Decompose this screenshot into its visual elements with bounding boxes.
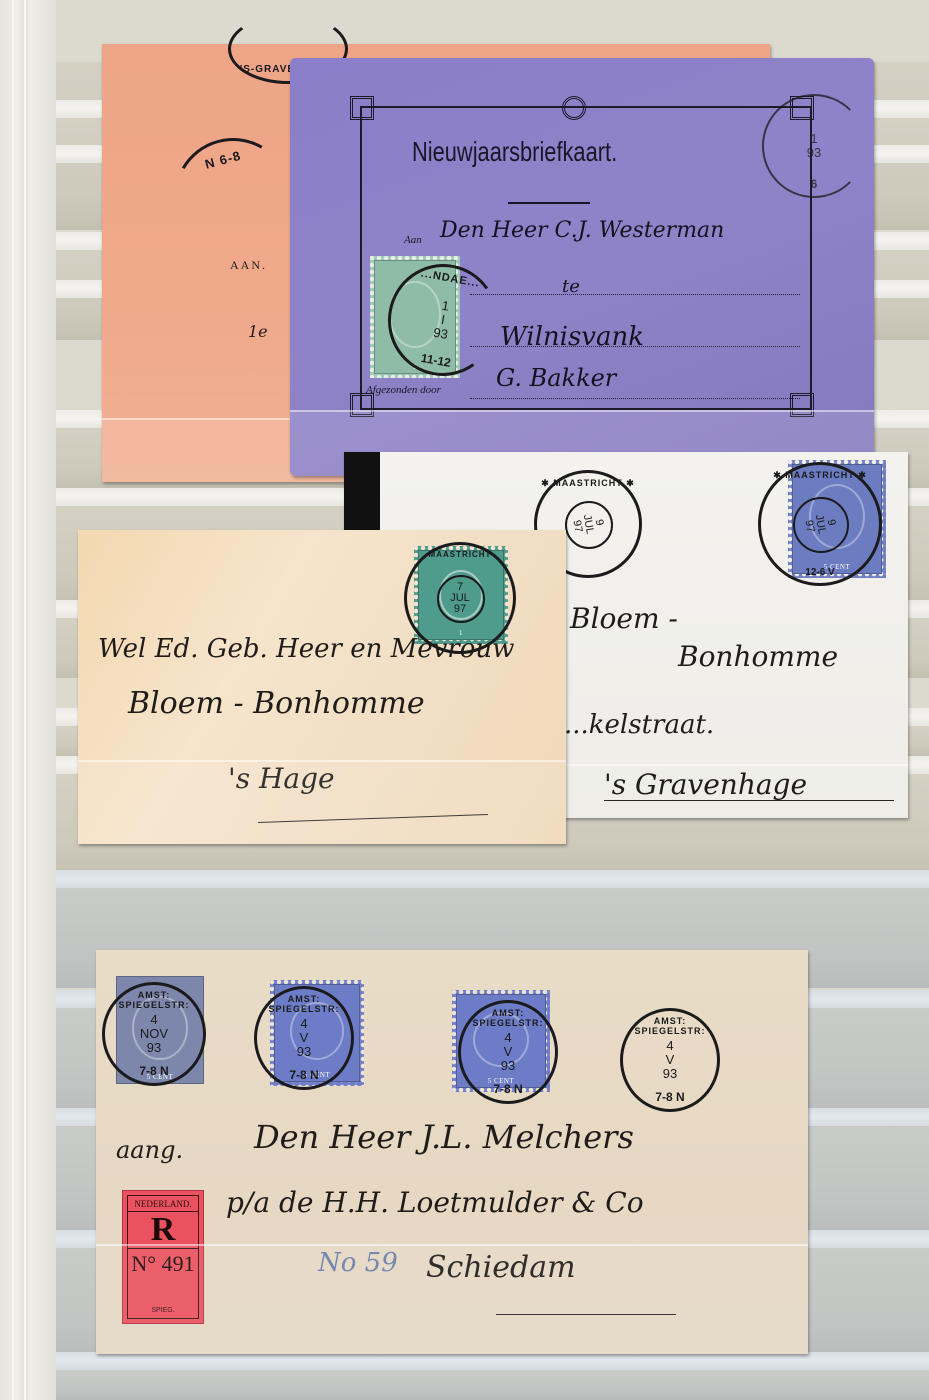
handwritten-aang: aang. [116, 1136, 183, 1164]
handwritten-recipient: Den Heer C.J. Westerman [440, 218, 724, 243]
address-prefix: AAN. [230, 258, 267, 273]
handwritten-line1: Bloem - [570, 602, 678, 635]
postmark-maastricht-stamp: ✱ MAASTRICHT ✱ 9 JUL 97 12-6 V [758, 462, 882, 586]
frame-ornament [562, 96, 586, 120]
purple-new-year-card: Nieuwjaarsbriefkaart. Aan Den Heer C.J. … [290, 58, 874, 476]
address-label: Aan [404, 234, 422, 246]
postmark-right: 1 93 6 [762, 94, 866, 198]
strip-gap [56, 870, 929, 888]
postmark-spiegelstr-4: AMST: SPIEGELSTR: 4 V 93 7-8 N [620, 1008, 720, 1112]
handwritten-line2: Bonhomme [678, 640, 838, 673]
handwritten-line3: ...kelstraat. [564, 710, 714, 740]
handwritten-line2: p/a de H.H. Loetmulder & Co [226, 1186, 644, 1219]
strip-gap [56, 1352, 929, 1370]
postmark-spiegelstr-1: AMST: SPIEGELSTR: 4 NOV 93 7-8 N [102, 982, 206, 1086]
album-strip [56, 1370, 929, 1400]
handwritten-line2: Bloem - Bonhomme [128, 686, 425, 721]
postmark-spiegelstr-2: AMST: SPIEGELSTR: 4 V 93 7-8 N [254, 986, 354, 1090]
card-title: Nieuwjaarsbriefkaart. [412, 136, 617, 168]
mourning-border [344, 452, 380, 532]
handwritten-line4: 's Gravenhage [604, 768, 807, 801]
frame-ornament [350, 96, 374, 120]
sender-label: Afgezonden door [366, 384, 441, 396]
registration-country: NEDERLAND. [128, 1196, 198, 1212]
album-page-edge [0, 0, 57, 1400]
postmark-spiegelstr-3: AMST: SPIEGELSTR: 4 V 93 7-8 N [458, 1000, 558, 1104]
handwriting: 1e [248, 322, 268, 341]
cream-cover: 1 MAASTRICHT 7 JUL 97 Wel Ed. Geb. Heer … [78, 530, 566, 844]
registered-cover: 5 CENT AMST: SPIEGELSTR: 4 NOV 93 7-8 N … [96, 950, 808, 1354]
handwritten-sender: G. Bakker [496, 364, 616, 392]
handwritten-line1: Wel Ed. Geb. Heer en Mevrouw [98, 634, 514, 664]
handwritten-city: Wilnisvank [500, 322, 644, 352]
postmark-partial: N 6-8 [161, 125, 306, 270]
handwritten-line1: Den Heer J.L. Melchers [254, 1118, 634, 1156]
